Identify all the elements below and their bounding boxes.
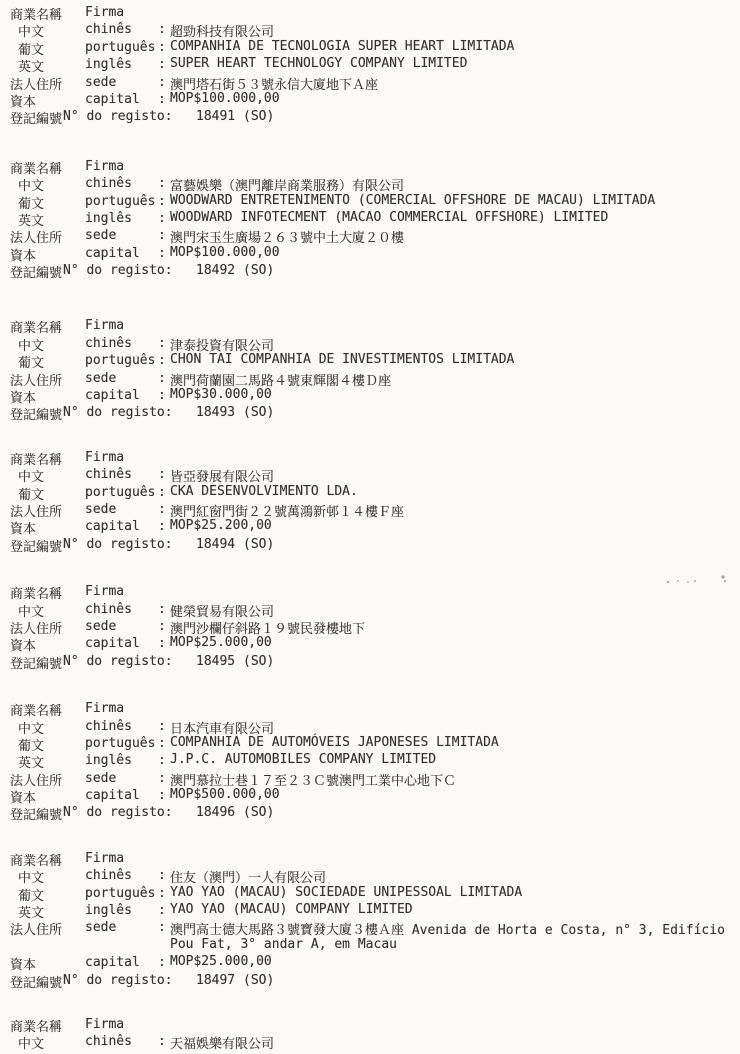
- field-label-cjk: 葡文: [18, 193, 44, 212]
- colon-separator: :: [158, 92, 166, 107]
- capital-row: 資本capital:MOP$100.000,00: [0, 245, 740, 262]
- field-label-latin: inglês: [85, 57, 132, 72]
- field-label-latin: sede: [85, 771, 116, 786]
- field-label-latin: sede: [85, 228, 116, 243]
- field-label-cjk: 資本: [10, 91, 36, 110]
- firma-label-cjk: 商業名稱: [10, 583, 62, 602]
- registo-label-latin: N° do registo:: [63, 109, 173, 124]
- firma-header-row: 商業名稱Firma: [0, 700, 740, 717]
- field-label-cjk: 英文: [18, 752, 44, 771]
- field-label-cjk: 法人住所: [10, 501, 62, 520]
- capital-row: 資本capital:MOP$30.000,00: [0, 387, 740, 404]
- colon-separator: :: [158, 719, 166, 734]
- colon-separator: :: [158, 467, 166, 482]
- firma-label-latin: Firma: [85, 1017, 124, 1032]
- chinese-name-row: 中文chinês:住友（澳門）一人有限公司: [0, 867, 740, 884]
- field-value: MOP$25.000,00: [170, 635, 272, 650]
- registration-number: 18497: [196, 973, 235, 988]
- address-row: 法人住所sede:澳門沙欄仔斜路１９號民發樓地下: [0, 618, 740, 635]
- colon-separator: :: [158, 246, 166, 261]
- registration-number: 18496: [196, 805, 235, 820]
- field-label-latin: capital: [85, 636, 140, 651]
- colon-separator: :: [158, 955, 166, 970]
- gazette-page: 商業名稱Firma中文chinês:超勁科技有限公司葡文português:CO…: [0, 0, 740, 1054]
- colon-separator: :: [158, 886, 166, 901]
- field-label-latin: sede: [85, 371, 116, 386]
- registration-number: 18494: [196, 537, 235, 552]
- firma-header-row: 商業名稱Firma: [0, 4, 740, 21]
- field-value: YAO YAO (MACAU) SOCIEDADE UNIPESSOAL LIM…: [170, 885, 522, 900]
- registo-label-cjk: 登記編號: [10, 972, 62, 991]
- chinese-name-row: 中文chinês:健榮貿易有限公司: [0, 601, 740, 618]
- address-row: 法人住所sede:澳門紅窗門街２２號萬鴻新邨１４樓Ｆ座: [0, 501, 740, 518]
- registration-number: 18493: [196, 405, 235, 420]
- colon-separator: :: [158, 336, 166, 351]
- english-name-row: 英文inglês:YAO YAO (MACAU) COMPANY LIMITED: [0, 902, 740, 919]
- colon-separator: :: [158, 75, 166, 90]
- field-label-latin: capital: [85, 788, 140, 803]
- field-label-latin: capital: [85, 955, 140, 970]
- field-value: YAO YAO (MACAU) COMPANY LIMITED: [170, 902, 413, 917]
- field-label-cjk: 資本: [10, 245, 36, 264]
- field-label-latin: chinês: [85, 719, 132, 734]
- colon-separator: :: [158, 22, 166, 37]
- field-value: 富藝娛樂（澳門離岸商業服務）有限公司: [170, 175, 404, 194]
- firma-label-latin: Firma: [85, 851, 124, 866]
- field-label-latin: português: [85, 40, 155, 55]
- registration-suffix: (SO): [243, 109, 274, 124]
- registo-label-latin: N° do registo:: [63, 263, 173, 278]
- colon-separator: :: [158, 788, 166, 803]
- field-label-cjk: 資本: [10, 387, 36, 406]
- registo-label-cjk: 登記編號: [10, 262, 62, 281]
- english-name-row: 英文inglês:J.P.C. AUTOMOBILES COMPANY LIMI…: [0, 752, 740, 769]
- colon-separator: :: [158, 57, 166, 72]
- field-label-cjk: 英文: [18, 902, 44, 921]
- registry-entry: 商業名稱Firma中文chinês:日本汽車有限公司葡文português:CO…: [0, 700, 740, 822]
- capital-row: 資本capital:MOP$25.200,00: [0, 518, 740, 535]
- field-label-latin: português: [85, 485, 155, 500]
- field-label-latin: chinês: [85, 1034, 132, 1049]
- registration-number: 18491: [196, 109, 235, 124]
- firma-label-latin: Firma: [85, 701, 124, 716]
- registration-suffix: (SO): [243, 263, 274, 278]
- address-row: 法人住所sede:澳門宋玉生廣場２６３號中土大廈２０樓: [0, 227, 740, 244]
- field-label-latin: chinês: [85, 22, 132, 37]
- field-label-cjk: 葡文: [18, 885, 44, 904]
- field-label-latin: português: [85, 886, 155, 901]
- field-value: 澳門高士德大馬路３號寶發大廈３樓Ａ座 Avenida de Horta e Co…: [170, 919, 725, 938]
- portuguese-name-row: 葡文português:COMPANHIA DE AUTOMÓVEIS JAPO…: [0, 735, 740, 752]
- field-label-latin: capital: [85, 246, 140, 261]
- registration-suffix: (SO): [243, 805, 274, 820]
- colon-separator: :: [158, 636, 166, 651]
- field-label-latin: chinês: [85, 602, 132, 617]
- colon-separator: :: [158, 868, 166, 883]
- field-value: J.P.C. AUTOMOBILES COMPANY LIMITED: [170, 752, 436, 767]
- field-label-cjk: 中文: [18, 867, 44, 886]
- chinese-name-row: 中文chinês:超勁科技有限公司: [0, 21, 740, 38]
- firma-label-cjk: 商業名稱: [10, 1016, 62, 1035]
- portuguese-name-row: 葡文português:YAO YAO (MACAU) SOCIEDADE UN…: [0, 885, 740, 902]
- field-label-cjk: 法人住所: [10, 919, 62, 938]
- registry-entry: 商業名稱Firma中文chinês:富藝娛樂（澳門離岸商業服務）有限公司葡文po…: [0, 158, 740, 280]
- field-value: MOP$25.000,00: [170, 954, 272, 969]
- field-value: MOP$500.000,00: [170, 787, 280, 802]
- registration-number-row: 登記編號N° do registo:18494(SO): [0, 536, 740, 553]
- field-label-cjk: 中文: [18, 1033, 44, 1052]
- registry-entry: 商業名稱Firma中文chinês:津泰投資有限公司葡文português:CH…: [0, 317, 740, 421]
- english-name-row: 英文inglês:WOODWARD INFOTECMENT (MACAO COM…: [0, 210, 740, 227]
- field-value: CHON TAI COMPANHIA DE INVESTIMENTOS LIMI…: [170, 352, 514, 367]
- field-label-latin: sede: [85, 920, 116, 935]
- field-label-cjk: 中文: [18, 466, 44, 485]
- field-label-latin: chinês: [85, 336, 132, 351]
- field-value: 住友（澳門）一人有限公司: [170, 867, 326, 886]
- colon-separator: :: [158, 736, 166, 751]
- field-value: 澳門宋玉生廣場２６３號中土大廈２０樓: [170, 227, 404, 246]
- field-value: 澳門慕拉士巷１７至２３Ｃ號澳門工業中心地下Ｃ: [170, 770, 456, 789]
- address-row: 法人住所sede:澳門慕拉士巷１７至２３Ｃ號澳門工業中心地下Ｃ: [0, 770, 740, 787]
- field-label-latin: português: [85, 194, 155, 209]
- firma-header-row: 商業名稱Firma: [0, 158, 740, 175]
- chinese-name-row: 中文chinês:天福娛樂有限公司: [0, 1033, 740, 1050]
- colon-separator: :: [158, 502, 166, 517]
- portuguese-name-row: 葡文português:COMPANHIA DE TECNOLOGIA SUPE…: [0, 39, 740, 56]
- firma-label-cjk: 商業名稱: [10, 700, 62, 719]
- registo-label-cjk: 登記編號: [10, 404, 62, 423]
- colon-separator: :: [158, 619, 166, 634]
- colon-separator: :: [158, 1034, 166, 1049]
- field-label-cjk: 英文: [18, 56, 44, 75]
- firma-header-row: 商業名稱Firma: [0, 317, 740, 334]
- field-value: SUPER HEART TECHNOLOGY COMPANY LIMITED: [170, 56, 467, 71]
- field-label-cjk: 資本: [10, 518, 36, 537]
- firma-label-latin: Firma: [85, 450, 124, 465]
- firma-header-row: 商業名稱Firma: [0, 850, 740, 867]
- field-label-latin: português: [85, 736, 155, 751]
- portuguese-name-row: 葡文português:WOODWARD ENTRETENIMENTO (COM…: [0, 193, 740, 210]
- address-row: 法人住所sede:澳門高士德大馬路３號寶發大廈３樓Ａ座 Avenida de H…: [0, 919, 740, 936]
- field-value: 澳門荷蘭園二馬路４號東輝閣４樓Ｄ座: [170, 370, 391, 389]
- colon-separator: :: [158, 753, 166, 768]
- registration-number: 18495: [196, 654, 235, 669]
- registry-entries-list: 商業名稱Firma中文chinês:超勁科技有限公司葡文português:CO…: [0, 4, 740, 1051]
- capital-row: 資本capital:MOP$500.000,00: [0, 787, 740, 804]
- registo-label-cjk: 登記編號: [10, 653, 62, 672]
- field-label-cjk: 中文: [18, 335, 44, 354]
- colon-separator: :: [158, 176, 166, 191]
- field-label-cjk: 中文: [18, 601, 44, 620]
- portuguese-name-row: 葡文português:CKA DESENVOLVIMENTO LDA.: [0, 484, 740, 501]
- field-label-cjk: 中文: [18, 175, 44, 194]
- address-row: 法人住所sede:澳門塔石街５３號永信大廈地下Ａ座: [0, 74, 740, 91]
- address-row: 法人住所sede:澳門荷蘭園二馬路４號東輝閣４樓Ｄ座: [0, 370, 740, 387]
- registration-number-row: 登記編號N° do registo:18491(SO): [0, 108, 740, 125]
- field-value: 津泰投資有限公司: [170, 335, 274, 354]
- firma-header-row: 商業名稱Firma: [0, 449, 740, 466]
- registry-entry: 商業名稱Firma中文chinês:超勁科技有限公司葡文português:CO…: [0, 4, 740, 126]
- capital-row: 資本capital:MOP$25.000,00: [0, 954, 740, 971]
- field-value: COMPANHIA DE AUTOMÓVEIS JAPONESES LIMITA…: [170, 735, 499, 750]
- address-continuation: Pou Fat, 3° andar A, em Macau: [170, 937, 397, 952]
- registo-label-cjk: 登記編號: [10, 536, 62, 555]
- field-value: WOODWARD ENTRETENIMENTO (COMERCIAL OFFSH…: [170, 193, 655, 208]
- firma-label-latin: Firma: [85, 584, 124, 599]
- field-label-latin: sede: [85, 619, 116, 634]
- field-label-cjk: 葡文: [18, 735, 44, 754]
- registo-label-latin: N° do registo:: [63, 805, 173, 820]
- registration-number-row: 登記編號N° do registo:18497(SO): [0, 972, 740, 989]
- registration-number-row: 登記編號N° do registo:18492(SO): [0, 262, 740, 279]
- chinese-name-row: 中文chinês:皆亞發展有限公司: [0, 466, 740, 483]
- colon-separator: :: [158, 519, 166, 534]
- field-value: MOP$100.000,00: [170, 245, 280, 260]
- field-label-cjk: 葡文: [18, 484, 44, 503]
- field-label-cjk: 法人住所: [10, 618, 62, 637]
- field-value: 澳門紅窗門街２２號萬鴻新邨１４樓Ｆ座: [170, 501, 404, 520]
- field-label-cjk: 資本: [10, 787, 36, 806]
- field-label-latin: capital: [85, 92, 140, 107]
- registo-label-latin: N° do registo:: [63, 654, 173, 669]
- registo-label-latin: N° do registo:: [63, 973, 173, 988]
- field-label-latin: inglês: [85, 753, 132, 768]
- registration-suffix: (SO): [243, 405, 274, 420]
- colon-separator: :: [158, 903, 166, 918]
- field-value: CKA DESENVOLVIMENTO LDA.: [170, 484, 358, 499]
- field-value: COMPANHIA DE TECNOLOGIA SUPER HEART LIMI…: [170, 39, 514, 54]
- firma-label-latin: Firma: [85, 159, 124, 174]
- firma-label-cjk: 商業名稱: [10, 850, 62, 869]
- field-label-latin: inglês: [85, 211, 132, 226]
- colon-separator: :: [158, 602, 166, 617]
- registration-number-row: 登記編號N° do registo:18493(SO): [0, 404, 740, 421]
- field-label-latin: capital: [85, 388, 140, 403]
- registry-entry: 商業名稱Firma中文chinês:住友（澳門）一人有限公司葡文portuguê…: [0, 850, 740, 989]
- field-label-latin: chinês: [85, 467, 132, 482]
- field-label-latin: português: [85, 353, 155, 368]
- field-label-latin: sede: [85, 502, 116, 517]
- colon-separator: :: [158, 371, 166, 386]
- registration-suffix: (SO): [243, 537, 274, 552]
- firma-label-latin: Firma: [85, 318, 124, 333]
- field-label-latin: chinês: [85, 176, 132, 191]
- field-label-cjk: 中文: [18, 718, 44, 737]
- colon-separator: :: [158, 485, 166, 500]
- firma-label-latin: Firma: [85, 5, 124, 20]
- field-label-cjk: 資本: [10, 954, 36, 973]
- registry-entry: 商業名稱Firma中文chinês:健榮貿易有限公司法人住所sede:澳門沙欄仔…: [0, 583, 740, 670]
- colon-separator: :: [158, 40, 166, 55]
- field-label-cjk: 葡文: [18, 39, 44, 58]
- field-value: 澳門塔石街５３號永信大廈地下Ａ座: [170, 74, 378, 93]
- field-value: MOP$30.000,00: [170, 387, 272, 402]
- chinese-name-row: 中文chinês:富藝娛樂（澳門離岸商業服務）有限公司: [0, 175, 740, 192]
- portuguese-name-row: 葡文português:CHON TAI COMPANHIA DE INVEST…: [0, 352, 740, 369]
- colon-separator: :: [158, 920, 166, 935]
- field-label-latin: chinês: [85, 868, 132, 883]
- field-value: MOP$100.000,00: [170, 91, 280, 106]
- registration-number-row: 登記編號N° do registo:18496(SO): [0, 804, 740, 821]
- registo-label-cjk: 登記編號: [10, 108, 62, 127]
- capital-row: 資本capital:MOP$100.000,00: [0, 91, 740, 108]
- field-value: 日本汽車有限公司: [170, 718, 274, 737]
- field-value: 超勁科技有限公司: [170, 21, 274, 40]
- registration-number: 18492: [196, 263, 235, 278]
- registration-suffix: (SO): [243, 654, 274, 669]
- firma-label-cjk: 商業名稱: [10, 317, 62, 336]
- registo-label-latin: N° do registo:: [63, 537, 173, 552]
- field-label-cjk: 法人住所: [10, 74, 62, 93]
- english-name-row: 英文inglês:SUPER HEART TECHNOLOGY COMPANY …: [0, 56, 740, 73]
- registration-suffix: (SO): [243, 973, 274, 988]
- colon-separator: :: [158, 211, 166, 226]
- field-label-cjk: 英文: [18, 210, 44, 229]
- field-label-cjk: 資本: [10, 635, 36, 654]
- field-label-latin: inglês: [85, 903, 132, 918]
- field-value: 健榮貿易有限公司: [170, 601, 274, 620]
- field-label-cjk: 法人住所: [10, 770, 62, 789]
- colon-separator: :: [158, 388, 166, 403]
- registry-entry: 商業名稱Firma中文chinês:皆亞發展有限公司葡文português:CK…: [0, 449, 740, 553]
- chinese-name-row: 中文chinês:津泰投資有限公司: [0, 335, 740, 352]
- registration-number-row: 登記編號N° do registo:18495(SO): [0, 653, 740, 670]
- registo-label-latin: N° do registo:: [63, 405, 173, 420]
- field-value: 皆亞發展有限公司: [170, 466, 274, 485]
- capital-row: 資本capital:MOP$25.000,00: [0, 635, 740, 652]
- field-label-cjk: 法人住所: [10, 370, 62, 389]
- colon-separator: :: [158, 228, 166, 243]
- field-value: 天福娛樂有限公司: [170, 1033, 274, 1052]
- firma-header-row: 商業名稱Firma: [0, 1016, 740, 1033]
- field-value: MOP$25.200,00: [170, 518, 272, 533]
- chinese-name-row: 中文chinês:日本汽車有限公司: [0, 718, 740, 735]
- field-label-cjk: 中文: [18, 21, 44, 40]
- colon-separator: :: [158, 771, 166, 786]
- firma-label-cjk: 商業名稱: [10, 158, 62, 177]
- address-continuation-row: Pou Fat, 3° andar A, em Macau: [0, 937, 740, 954]
- field-value: 澳門沙欄仔斜路１９號民發樓地下: [170, 618, 365, 637]
- firma-label-cjk: 商業名稱: [10, 449, 62, 468]
- colon-separator: :: [158, 353, 166, 368]
- firma-header-row: 商業名稱Firma: [0, 583, 740, 600]
- firma-label-cjk: 商業名稱: [10, 4, 62, 23]
- registo-label-cjk: 登記編號: [10, 804, 62, 823]
- colon-separator: :: [158, 194, 166, 209]
- registry-entry: 商業名稱Firma中文chinês:天福娛樂有限公司: [0, 1016, 740, 1051]
- field-label-latin: sede: [85, 75, 116, 90]
- field-label-cjk: 葡文: [18, 352, 44, 371]
- field-label-cjk: 法人住所: [10, 227, 62, 246]
- field-value: WOODWARD INFOTECMENT (MACAO COMMERCIAL O…: [170, 210, 608, 225]
- field-label-latin: capital: [85, 519, 140, 534]
